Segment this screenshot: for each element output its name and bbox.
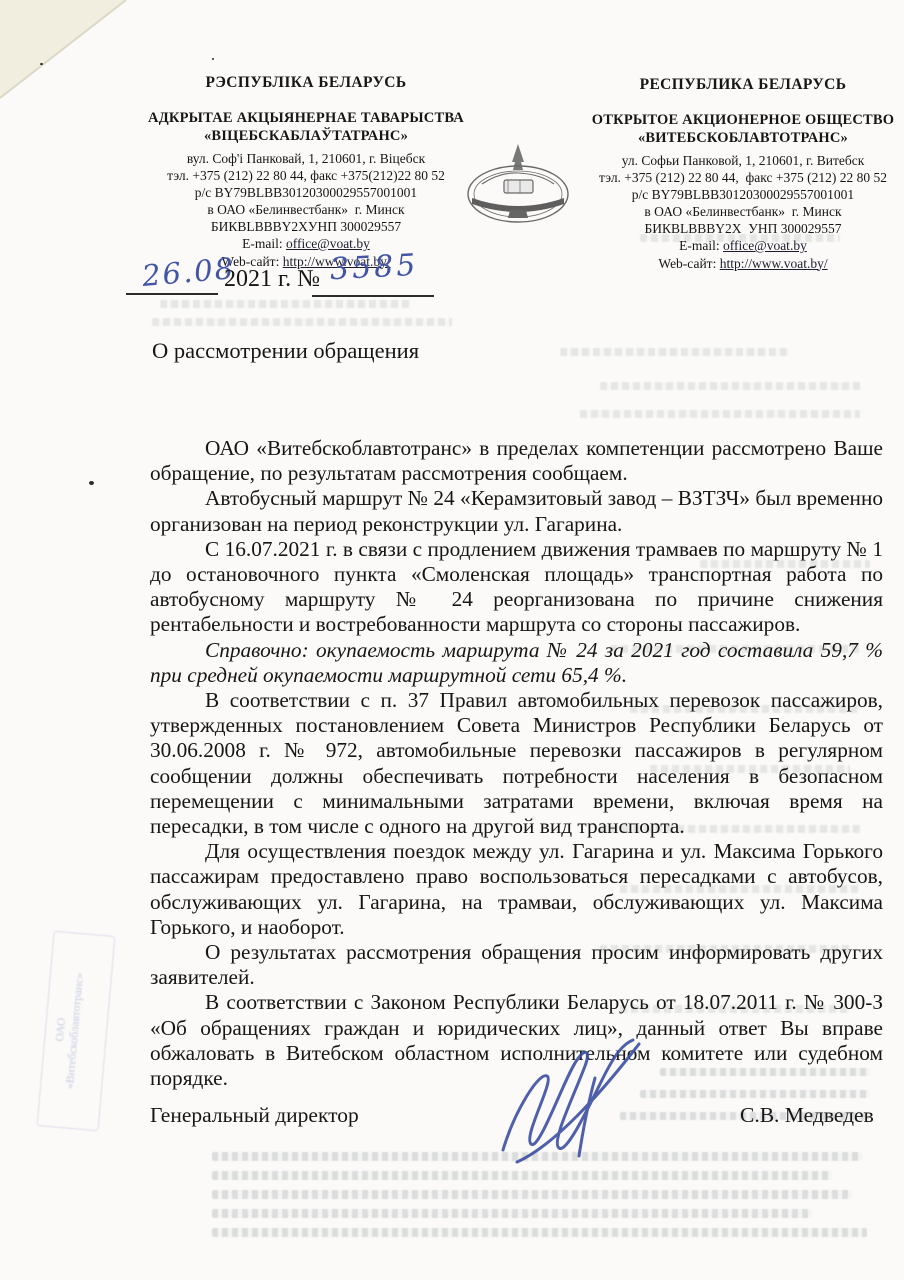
website-link[interactable]: http://www.voat.by/ [720, 256, 828, 271]
bleed-through-artifact [560, 348, 790, 356]
bleed-through-artifact [152, 318, 452, 326]
email-link[interactable]: office@voat.by [723, 238, 807, 253]
paragraph-reference-note: Справочно: окупаемость маршрута № 24 за … [150, 638, 883, 688]
scan-speck [40, 63, 43, 65]
bleed-through-artifact [212, 1209, 812, 1218]
handwritten-outgoing-number: 3585 [329, 248, 419, 288]
bik-unp-line: БИКBLBBBY2ХУНП 300029557 [116, 218, 496, 235]
signer-name: С.В. Медведев [740, 1103, 874, 1128]
bleed-through-artifact [160, 300, 410, 308]
scan-corner-artifact [0, 0, 130, 100]
phone-line: тэл. +375 (212) 22 80 44, факс +375 (212… [576, 169, 904, 186]
country-title-by: РЭСПУБЛІКА БЕЛАРУСЬ [116, 74, 496, 92]
website-label: Web-сайт: [658, 256, 719, 271]
bank-line: в ОАО «Белинвестбанк» г. Минск [116, 201, 496, 218]
date-blank-line [126, 293, 218, 295]
org-name-ru-line2: «ВИТЕБСКОБЛАВТОТРАНС» [576, 129, 904, 147]
paragraph: Автобусный маршрут № 24 «Керамзитовый за… [150, 486, 883, 536]
signer-position: Генеральный директор [150, 1103, 359, 1128]
account-line: р/с BY79BLBB30120300029557001001 [116, 184, 496, 201]
letter-body: ОАО «Витебскоблавтотранс» в пределах ком… [150, 436, 883, 1091]
website-line: Web-сайт: http://www.voat.by/ [576, 255, 904, 273]
handwritten-signature [483, 1038, 663, 1178]
handwritten-date: 26.08 [141, 251, 237, 293]
bleed-through-artifact [212, 1228, 867, 1237]
account-line: р/с BY79BLBB30120300029557001001 [576, 186, 904, 203]
faint-stamp-artifact: ОАО «Витебскоблавтотранс» [37, 931, 116, 1132]
paragraph: Для осуществления поездок между ул. Гага… [150, 839, 883, 940]
ink-dot [89, 481, 94, 485]
country-title-ru: РЕСПУБЛИКА БЕЛАРУСЬ [576, 76, 904, 94]
scan-speck [212, 58, 214, 60]
email-link[interactable]: office@voat.by [286, 236, 370, 251]
paragraph: О результатах рассмотрения обращения про… [150, 940, 883, 990]
email-line: E-mail: office@voat.by [576, 237, 904, 255]
scanned-letter-page: { "letterhead": { "left": { "country": "… [0, 0, 904, 1280]
phone-line: тэл. +375 (212) 22 80 44, факс +375(212)… [116, 167, 496, 184]
org-name-by-line1: АДКРЫТАЕ АКЦЫЯНЕРНАЕ ТАВАРЫСТВА [116, 109, 496, 127]
paragraph: В соответствии с п. 37 Правил автомобиль… [150, 688, 883, 839]
email-label: E-mail: [242, 236, 286, 251]
bleed-through-artifact [580, 410, 860, 418]
bik-unp-line: БИКBLBBBY2X УНП 300029557 [576, 220, 904, 237]
org-details-by: вул. Соф'і Панковай, 1, 210601, г. Віцеб… [116, 150, 496, 270]
subject-line: О рассмотрении обращения [152, 338, 419, 364]
number-blank-line [312, 295, 434, 297]
bank-line: в ОАО «Белинвестбанк» г. Минск [576, 203, 904, 220]
address-line: ул. Софьи Панковой, 1, 210601, г. Витебс… [576, 152, 904, 169]
bleed-through-artifact [600, 382, 860, 390]
reference-printed-label: 2021 г. № [224, 266, 320, 293]
company-emblem-logo [462, 140, 574, 226]
org-name-by-line2: «ВІЦЕБСКАБЛАЎТАТРАНС» [116, 127, 496, 145]
org-details-ru: ул. Софьи Панковой, 1, 210601, г. Витебс… [576, 152, 904, 272]
email-line: E-mail: office@voat.by [116, 235, 496, 253]
paragraph: С 16.07.2021 г. в связи с продлением дви… [150, 537, 883, 638]
bleed-through-artifact [212, 1190, 852, 1199]
paragraph: ОАО «Витебскоблавтотранс» в пределах ком… [150, 436, 883, 486]
email-label: E-mail: [679, 238, 723, 253]
address-line: вул. Соф'і Панковай, 1, 210601, г. Віцеб… [116, 150, 496, 167]
org-name-ru-line1: ОТКРЫТОЕ АКЦИОНЕРНОЕ ОБЩЕСТВО [576, 111, 904, 129]
letterhead-russian: РЕСПУБЛИКА БЕЛАРУСЬ ОТКРЫТОЕ АКЦИОНЕРНОЕ… [576, 76, 904, 272]
letterhead-belarusian: РЭСПУБЛІКА БЕЛАРУСЬ АДКРЫТАЕ АКЦЫЯНЕРНАЕ… [116, 74, 496, 270]
